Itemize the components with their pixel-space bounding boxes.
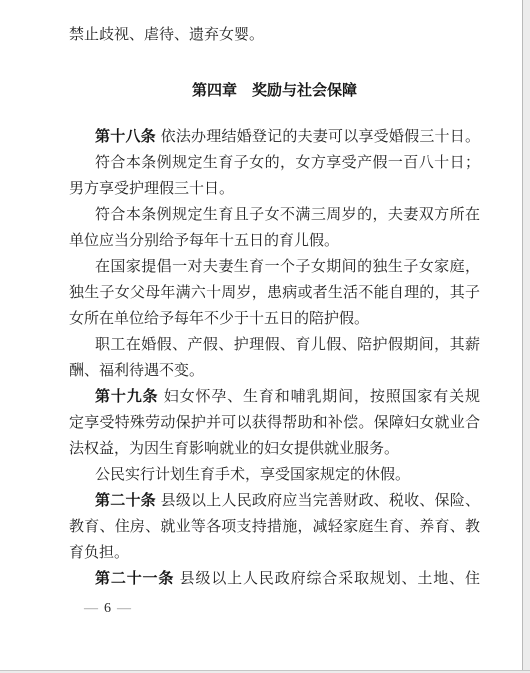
page-content: 禁止歧视、虐待、遗弃女婴。 第四章 奖励与社会保障 第十八条依法办理结婚登记的夫…: [69, 22, 480, 592]
line-text: 妇女怀孕、生育和哺乳期间，按照国家有关规: [163, 389, 480, 405]
article-21-number: 第二十一条: [95, 571, 174, 587]
page-number-value: 6: [104, 601, 111, 616]
paragraph-line: 独生子女父母年满六十周岁，患病或者生活不能自理的，其子: [69, 280, 480, 306]
continuation-paragraph-line: 禁止歧视、虐待、遗弃女婴。: [69, 22, 480, 48]
article-19-line: 第十九条妇女怀孕、生育和哺乳期间，按照国家有关规: [69, 384, 480, 410]
paragraph-line: 法权益，为因生育影响就业的妇女提供就业服务。: [69, 436, 480, 462]
paragraph-line: 单位应当分别给予每年十五日的育儿假。: [69, 228, 480, 254]
article-20-line: 第二十条县级以上人民政府应当完善财政、税收、保险、: [69, 488, 480, 514]
paragraph-line: 符合本条例规定生育且子女不满三周岁的，夫妻双方所在: [69, 202, 480, 228]
document-page: 禁止歧视、虐待、遗弃女婴。 第四章 奖励与社会保障 第十八条依法办理结婚登记的夫…: [0, 0, 530, 673]
paragraph-line: 公民实行计划生育手术，享受国家规定的休假。: [69, 462, 480, 488]
paragraph-line: 男方享受护理假三十日。: [69, 176, 480, 202]
scan-edge-right: [522, 0, 530, 673]
article-19-number: 第十九条: [95, 389, 158, 405]
paragraph-line: 育负担。: [69, 540, 480, 566]
page-number: —6—: [84, 596, 131, 622]
paragraph-line: 定享受特殊劳动保护并可以获得帮助和补偿。保障妇女就业合: [69, 410, 480, 436]
article-18-number: 第十八条: [95, 129, 156, 145]
line-text: 县级以上人民政府综合采取规划、土地、住: [179, 571, 480, 587]
article-21-line: 第二十一条县级以上人民政府综合采取规划、土地、住: [69, 566, 480, 592]
paragraph-line: 职工在婚假、产假、护理假、育儿假、陪护假期间，其薪: [69, 332, 480, 358]
article-18-line: 第十八条依法办理结婚登记的夫妻可以享受婚假三十日。: [69, 124, 480, 150]
page-number-dash-left: —: [84, 601, 98, 616]
paragraph-line: 符合本条例规定生育子女的，女方享受产假一百八十日；: [69, 150, 480, 176]
paragraph-line: 教育、住房、就业等各项支持措施，减轻家庭生育、养育、教: [69, 514, 480, 540]
article-20-number: 第二十条: [95, 493, 156, 509]
line-text: 县级以上人民政府应当完善财政、税收、保险、: [160, 493, 480, 509]
line-text: 依法办理结婚登记的夫妻可以享受婚假三十日。: [160, 129, 480, 145]
chapter-heading: 第四章 奖励与社会保障: [69, 78, 480, 104]
paragraph-line: 酬、福利待遇不变。: [69, 358, 480, 384]
page-number-dash-right: —: [117, 601, 131, 616]
paragraph-line: 在国家提倡一对夫妻生育一个子女期间的独生子女家庭，: [69, 254, 480, 280]
paragraph-line: 女所在单位给予每年不少于十五日的陪护假。: [69, 306, 480, 332]
